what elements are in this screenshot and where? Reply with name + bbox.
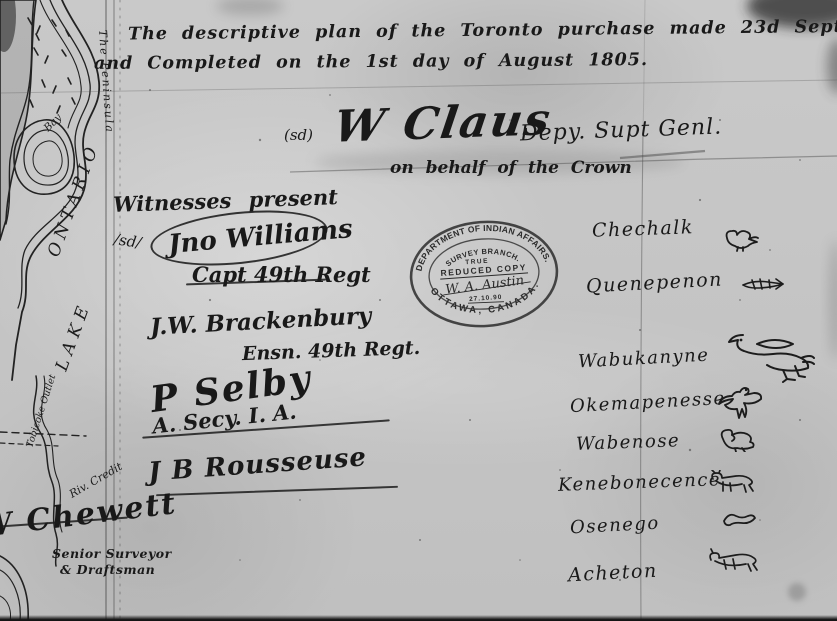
witness-sd-label: /sd/ [113, 230, 143, 252]
wabenose-duck-totem-icon [718, 426, 756, 452]
quenepenon-pike-totem-icon [742, 276, 784, 292]
surveyor-title-line2: & Draftsman [60, 562, 155, 577]
on-behalf-of-crown-text: on behalf of the Crown [390, 158, 632, 178]
document-page: ONTARIO LAKE The Peninsula Bay Tobicoke … [0, 0, 837, 621]
bay-label: Bay [41, 111, 65, 135]
okemapenesse-bird-totem-icon [718, 384, 766, 424]
lake-ontario-label-word1: LAKE [52, 299, 96, 375]
wabukanyne-eagle-totem-icon [725, 328, 815, 383]
indian-affairs-stamp: DEPARTMENT OF INDIAN AFFAIRS. OTTAWA, CA… [404, 216, 564, 332]
surveyor-title-line1: Senior Surveyor [52, 546, 172, 561]
signatory-name-acheton: Acheton [567, 560, 658, 587]
osenego-fish-totem-icon [722, 510, 756, 528]
signatory-name-chechalk: Chechalk [592, 216, 695, 242]
document-title-line2: and Completed on the 1st day of August 1… [94, 50, 648, 74]
photo-bottom-edge [0, 615, 837, 621]
acheton-beaver-totem-icon [706, 548, 760, 572]
map-labels: ONTARIO LAKE The Peninsula Bay Tobicoke … [24, 29, 125, 501]
chechalk-bird-totem-icon [724, 226, 760, 252]
kenebonecence-animal-totem-icon [708, 470, 756, 494]
signatory-name-wabenose: Wabenose [576, 430, 681, 455]
tobicoke-outlet-label: Tobicoke Outlet [24, 373, 58, 449]
execution-sd-label: (sd) [284, 126, 313, 144]
